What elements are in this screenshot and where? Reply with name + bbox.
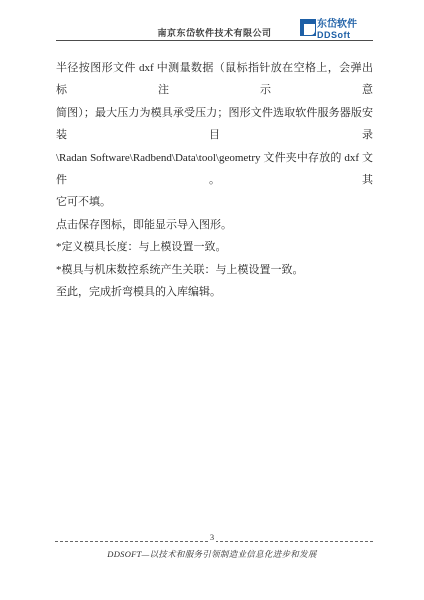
- document-body: 半径按图形文件 dxf 中测量数据（鼠标指针放在空格上，会弹出标注示意 简图）；…: [56, 57, 373, 303]
- document-page: 南京东岱软件技术有限公司 东岱软件 DDSoft 半径按图形文件 dxf 中测量…: [0, 0, 424, 600]
- ddsoft-logo-icon: [300, 19, 316, 36]
- page-number: 3: [0, 532, 424, 542]
- body-line: \Radan Software\Radbend\Data\tool\geomet…: [56, 147, 373, 192]
- body-line: 简图）；最大压力为模具承受压力；图形文件选取软件服务器版安装目录: [56, 102, 373, 147]
- footer-slogan: DDSOFT—以技术和服务引领制造业信息化进步和发展: [0, 548, 424, 560]
- logo-name-english: DDSoft: [317, 30, 357, 40]
- header-divider: [56, 40, 373, 41]
- logo-name-chinese: 东岱软件: [317, 19, 357, 30]
- company-logo: 东岱软件 DDSoft: [300, 19, 357, 40]
- body-line: 它可不填。: [56, 191, 373, 213]
- body-line: 至此，完成折弯模具的入库编辑。: [56, 281, 373, 303]
- body-line: *模具与机床数控系统产生关联：与上模设置一致。: [56, 259, 373, 281]
- body-line: *定义模具长度：与上模设置一致。: [56, 236, 373, 258]
- body-line: 点击保存图标，即能显示导入图形。: [56, 214, 373, 236]
- body-line: 半径按图形文件 dxf 中测量数据（鼠标指针放在空格上，会弹出标注示意: [56, 57, 373, 102]
- logo-text: 东岱软件 DDSoft: [317, 19, 357, 40]
